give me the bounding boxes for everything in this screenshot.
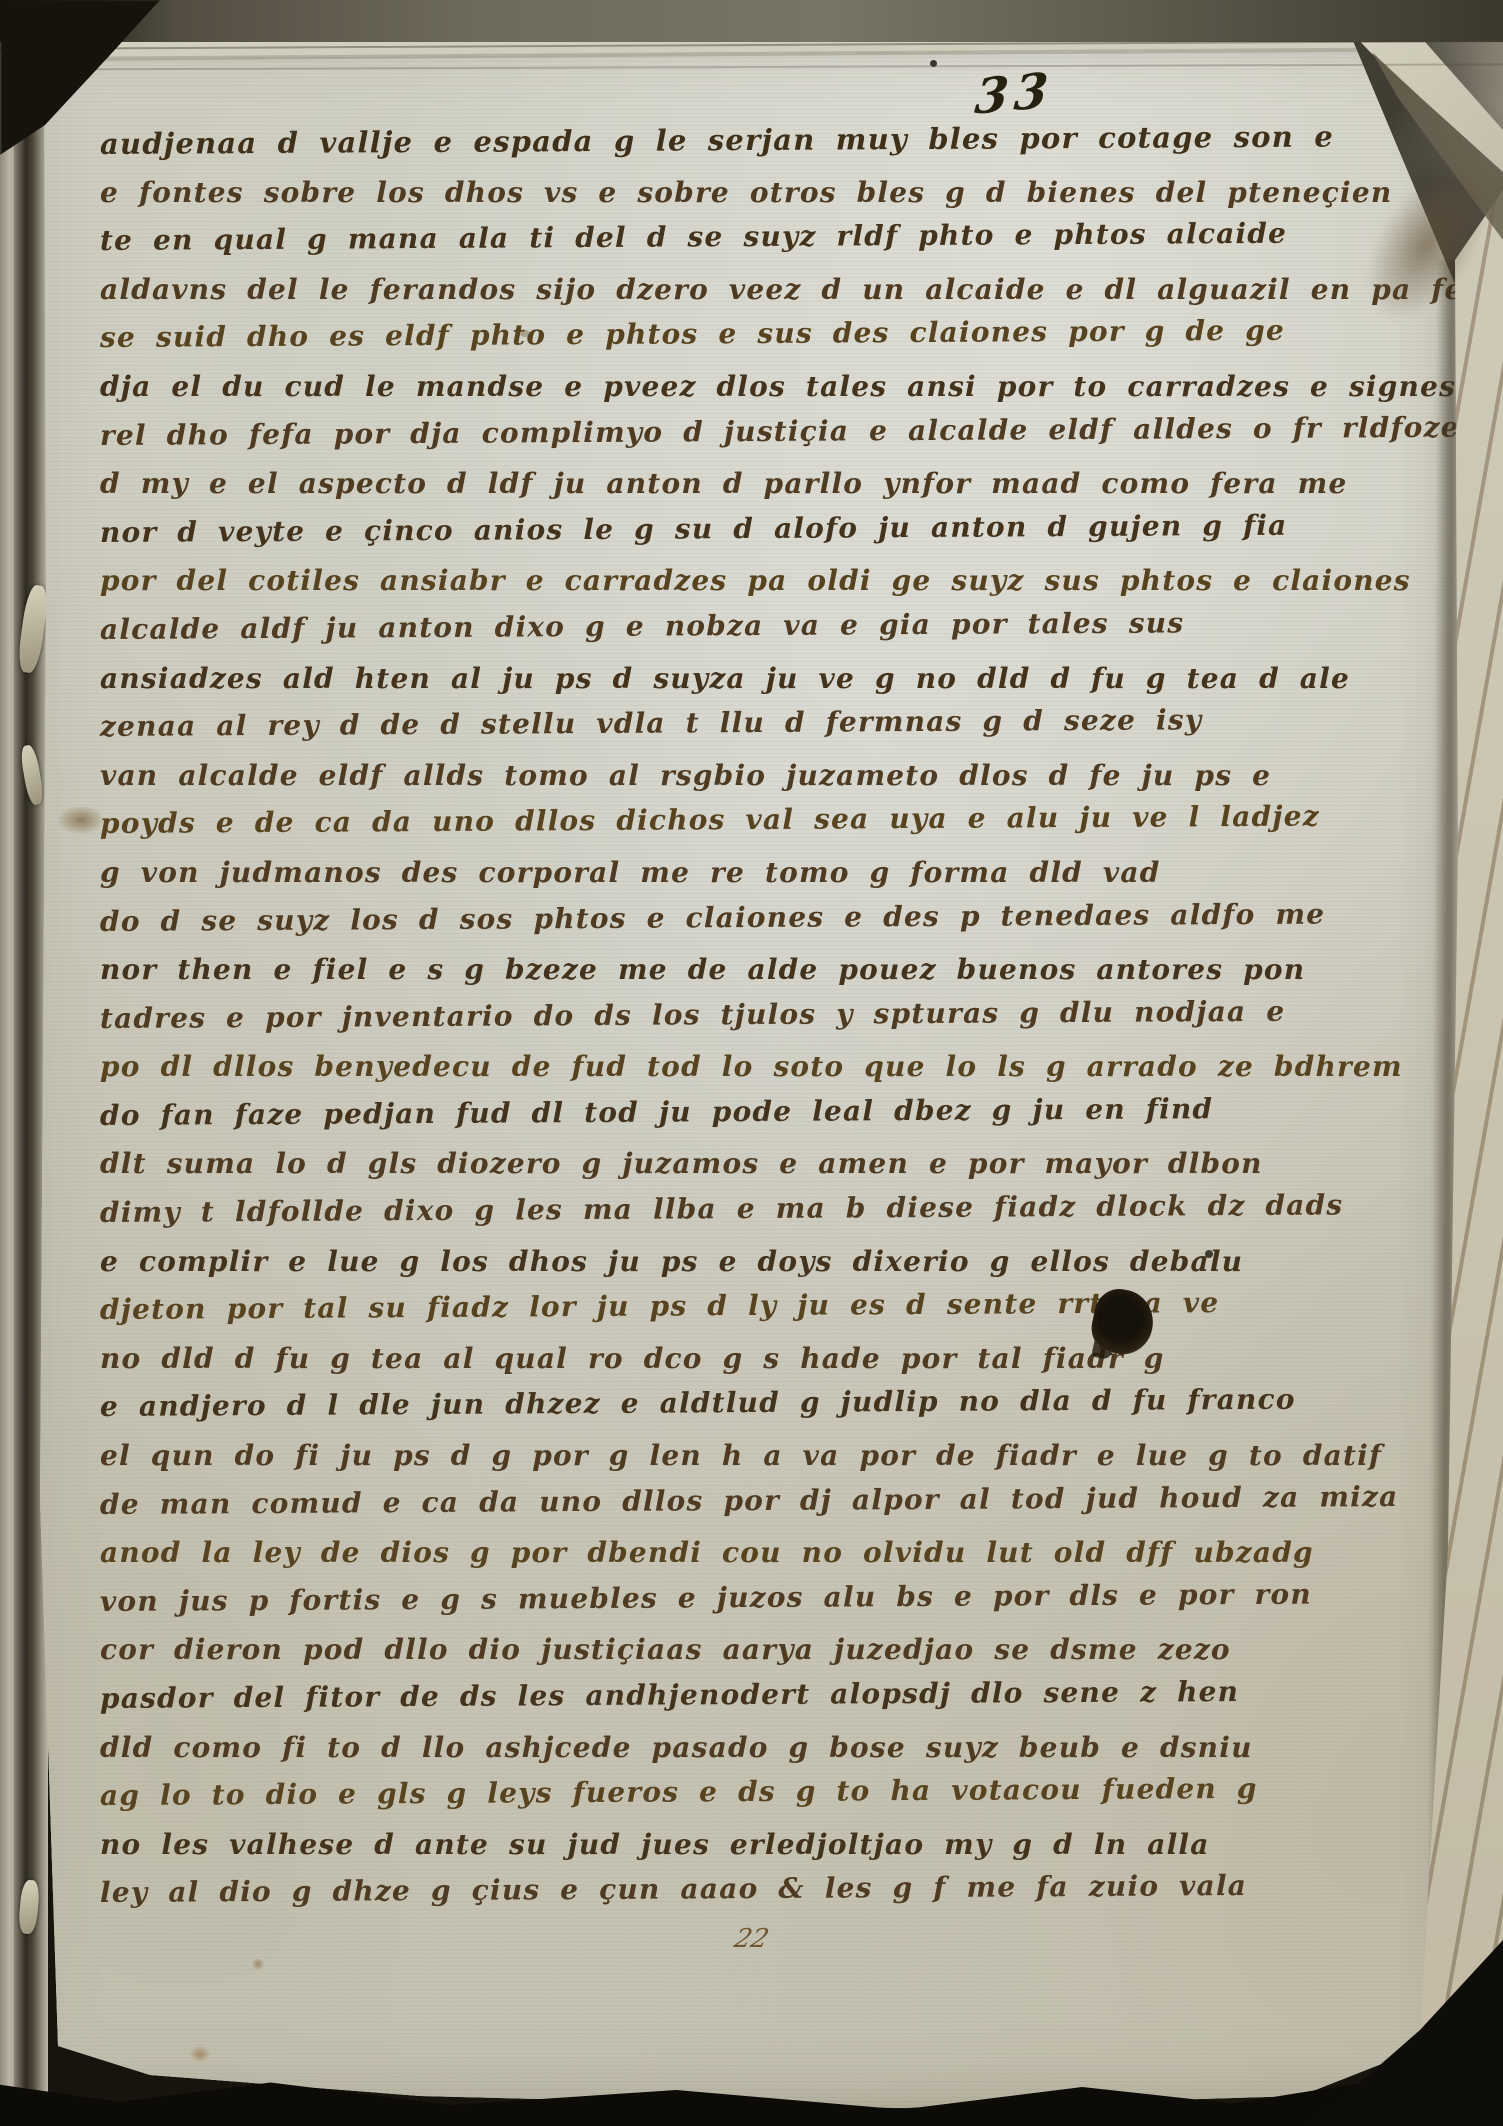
paper-stain <box>190 2046 210 2062</box>
manuscript-line: pasdor del fitor de ds les andhjenodert … <box>100 1667 1460 1724</box>
manuscript-line: se suid dho es eldf phto e phtos e sus d… <box>100 306 1460 363</box>
manuscript-line: ley al dio g dhze g çius e çun aaao & le… <box>100 1861 1460 1918</box>
handwritten-text-block: audjenaa d vallje e espada g le serjan m… <box>100 120 1460 1918</box>
manuscript-line: do fan faze pedjan fud dl tod ju pode le… <box>100 1084 1460 1141</box>
manuscript-line: rel dho fefa por dja complimyo d justiçi… <box>100 403 1460 460</box>
manuscript-line: do d se suyz los d sos phtos e claiones … <box>100 889 1460 946</box>
manuscript-line: audjenaa d vallje e espada g le serjan m… <box>100 112 1460 169</box>
manuscript-line: nor d veyte e çinco anios le g su d alof… <box>100 500 1460 557</box>
binding-gutter <box>14 0 48 2126</box>
manuscript-line: poyds e de ca da uno dllos dichos val se… <box>100 792 1460 849</box>
top-edge-shadow <box>0 0 1503 42</box>
manuscript-line: de man comud e ca da uno dllos por dj al… <box>100 1472 1460 1529</box>
paper-stain <box>1205 1250 1213 1258</box>
paper-stain <box>58 806 104 834</box>
paper-stain <box>252 1958 264 1970</box>
manuscript-line: djeton por tal su fiadz lor ju ps d ly j… <box>100 1278 1460 1335</box>
manuscript-photo: 33 audjenaa d vallje e espada g le serja… <box>0 0 1503 2126</box>
manuscript-line: von jus p fortis e g s muebles e juzos a… <box>100 1570 1460 1627</box>
manuscript-line: alcalde aldf ju anton dixo g e nobza va … <box>100 598 1460 655</box>
manuscript-line: zenaa al rey d de d stellu vdla t llu d … <box>100 695 1460 752</box>
manuscript-line: dimy t ldfollde dixo g les ma llba e ma … <box>100 1181 1460 1238</box>
manuscript-line: e andjero d l dle jun dhzez e aldtlud g … <box>100 1375 1460 1432</box>
paper-stain <box>520 330 530 337</box>
manuscript-line: tadres e por jnventario do ds los tjulos… <box>100 986 1460 1043</box>
manuscript-line: te en qual g mana ala ti del d se suyz r… <box>100 209 1460 266</box>
manuscript-line: ag lo to dio e gls g leys fueros e ds g … <box>100 1764 1460 1821</box>
quire-mark: 22 <box>731 1924 772 1954</box>
manuscript-page: 33 audjenaa d vallje e espada g le serja… <box>0 0 1503 2126</box>
